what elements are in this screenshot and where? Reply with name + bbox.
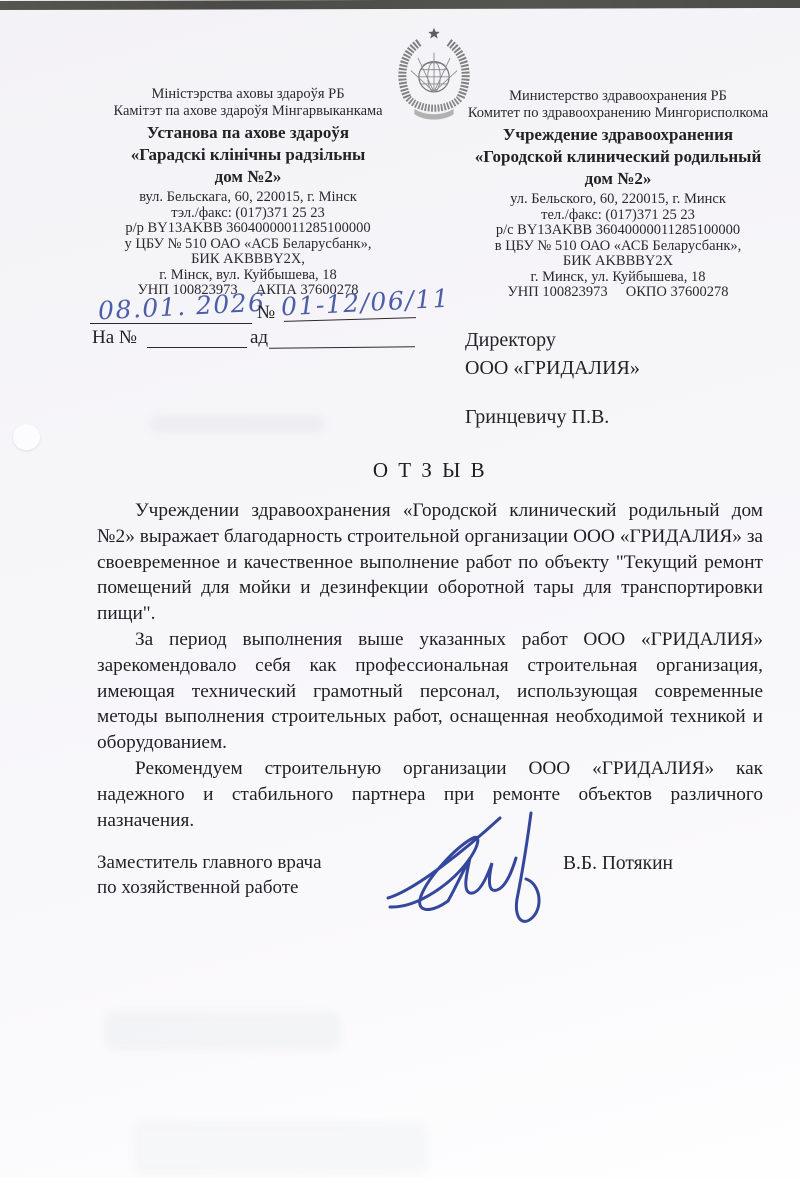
scan-bottom-edge	[0, 1178, 800, 1200]
emblem-star	[428, 28, 440, 39]
date-underline	[90, 323, 252, 324]
addressee-block: Директору ООО «ГРИДАЛИЯ» Гринцевичу П.В.	[465, 326, 640, 431]
org-address-by: вул. Бельскага, 60, 220015, г. Мінск тэл…	[78, 190, 418, 299]
bleed-through-smudge	[105, 1012, 340, 1050]
org-name-ru: Учреждение здравоохранения «Городской кл…	[448, 124, 788, 190]
scan-edge-artifact	[0, 0, 800, 10]
scanned-letter-page: Міністэрства аховы здароўя РБ Камітэт па…	[0, 0, 800, 1200]
reply-date-underline	[269, 346, 415, 349]
addressee-company: ООО «ГРИДАЛИЯ»	[465, 354, 640, 382]
org-address-ru: ул. Бельского, 60, 220015, г. Минск тел.…	[448, 192, 788, 301]
handwritten-signature	[360, 795, 580, 945]
committee-line-ru: Комитет по здравоохранению Мингорисполко…	[448, 105, 788, 122]
paragraph-1: Учреждении здравоохранения «Городской кл…	[97, 498, 763, 627]
signer-name: В.Б. Потякин	[563, 853, 673, 875]
document-title: О Т З Ы В	[97, 458, 763, 483]
letterhead-right-column: Министерство здравоохранения РБ Комитет …	[448, 88, 788, 301]
reply-number-underline	[147, 347, 247, 348]
signer-position: Заместитель главного врача по хозяйствен…	[97, 850, 322, 900]
number-sign-label: №	[257, 302, 275, 324]
ministry-line-by: Міністэрства аховы здароўя РБ	[78, 86, 418, 103]
reply-to-number-label: На №	[92, 327, 137, 349]
reply-from-date-label: ад	[250, 327, 268, 349]
letter-body: Учреждении здравоохранения «Городской кл…	[97, 498, 763, 833]
ministry-line-ru: Министерство здравоохранения РБ	[448, 88, 788, 105]
org-name-by: Установа па ахове здароўя «Гарадскі клін…	[78, 122, 418, 188]
paragraph-2: За период выполнения выше указанных рабо…	[97, 627, 763, 756]
bleed-through-smudge	[133, 1122, 428, 1174]
addressee-role: Директору	[465, 326, 640, 354]
bleed-through-smudge	[150, 416, 325, 432]
committee-line-by: Камітэт па ахове здароўя Мінгарвыканкама	[78, 103, 418, 120]
addressee-person: Гринцевичу П.В.	[465, 403, 640, 431]
punch-hole-mark	[13, 424, 40, 450]
letterhead-left-column: Міністэрства аховы здароўя РБ Камітэт па…	[78, 86, 418, 299]
